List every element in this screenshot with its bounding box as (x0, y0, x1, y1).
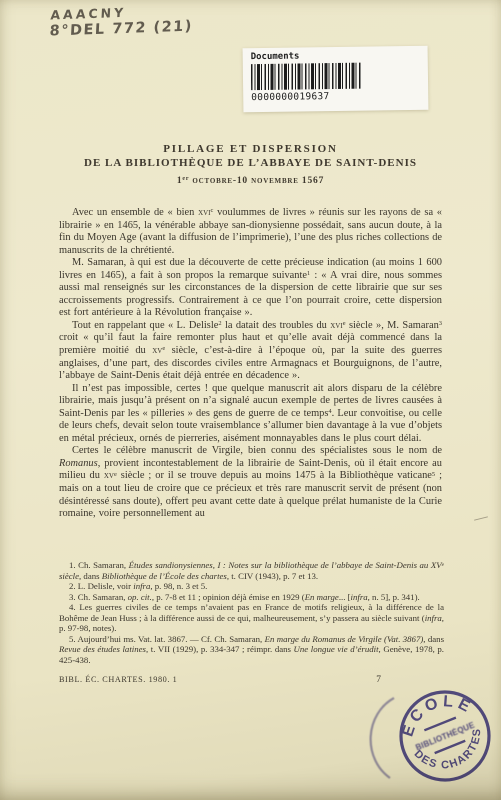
paragraph-5: Certes le célèbre manuscrit de Virgile, … (59, 445, 442, 520)
pencil-margin-mark (474, 516, 488, 520)
paragraph-1: Avec un ensemble de « bien xvic voulumme… (59, 207, 442, 257)
page-number: 7 (376, 675, 381, 685)
scanned-page: AAACNY 8°DEL 772 (21) Documents 00000000… (0, 0, 501, 800)
article-title-line1: PILLAGE ET DISPERSION (0, 143, 501, 155)
footnote-5: 5. Aujourd’hui ms. Vat. lat. 3867. — Cf.… (59, 634, 444, 666)
barcode-label-title: Documents (251, 50, 428, 62)
footnote-3: 3. Ch. Samaran, op. cit., p. 7-8 et 11 ;… (59, 592, 444, 603)
library-stamp-icon: ECOLE DES CHARTES BIBLIOTHÈQUE (396, 687, 494, 785)
barcode-icon (251, 63, 361, 91)
footnotes-block: 1. Ch. Samaran, Études sandionysiennes, … (59, 560, 444, 665)
footnote-2: 2. L. Delisle, voir infra, p. 98, n. 3 e… (59, 581, 444, 592)
barcode-label: Documents 0000000019637 (243, 46, 429, 113)
stamp-ghost-arc (371, 698, 394, 778)
barcode-number: 0000000019637 (251, 90, 428, 103)
paragraph-2: M. Samaran, à qui est due la découverte … (59, 257, 442, 320)
article-subtitle-date: 1er octobre-10 novembre 1567 (0, 176, 501, 186)
footnote-4: 4. Les guerres civiles de ce temps n’ava… (59, 602, 444, 634)
footnote-1: 1. Ch. Samaran, Études sandionysiennes, … (59, 560, 444, 581)
paragraph-4: Il n’est pas impossible, certes ! que qu… (59, 383, 442, 446)
paragraph-3: Tout en rappelant que « L. Delisle2 la d… (59, 320, 442, 383)
article-title-line2: DE LA BIBLIOTHÈQUE DE L’ABBAYE DE SAINT-… (0, 157, 501, 169)
page-footer: BIBL. ÉC. CHARTES. 1980. 1 7 (59, 675, 381, 685)
journal-reference: BIBL. ÉC. CHARTES. 1980. 1 (59, 675, 177, 684)
article-body: Avec un ensemble de « bien xvic voulumme… (59, 207, 442, 521)
handwritten-annotation: AAACNY 8°DEL 772 (21) (49, 2, 194, 39)
